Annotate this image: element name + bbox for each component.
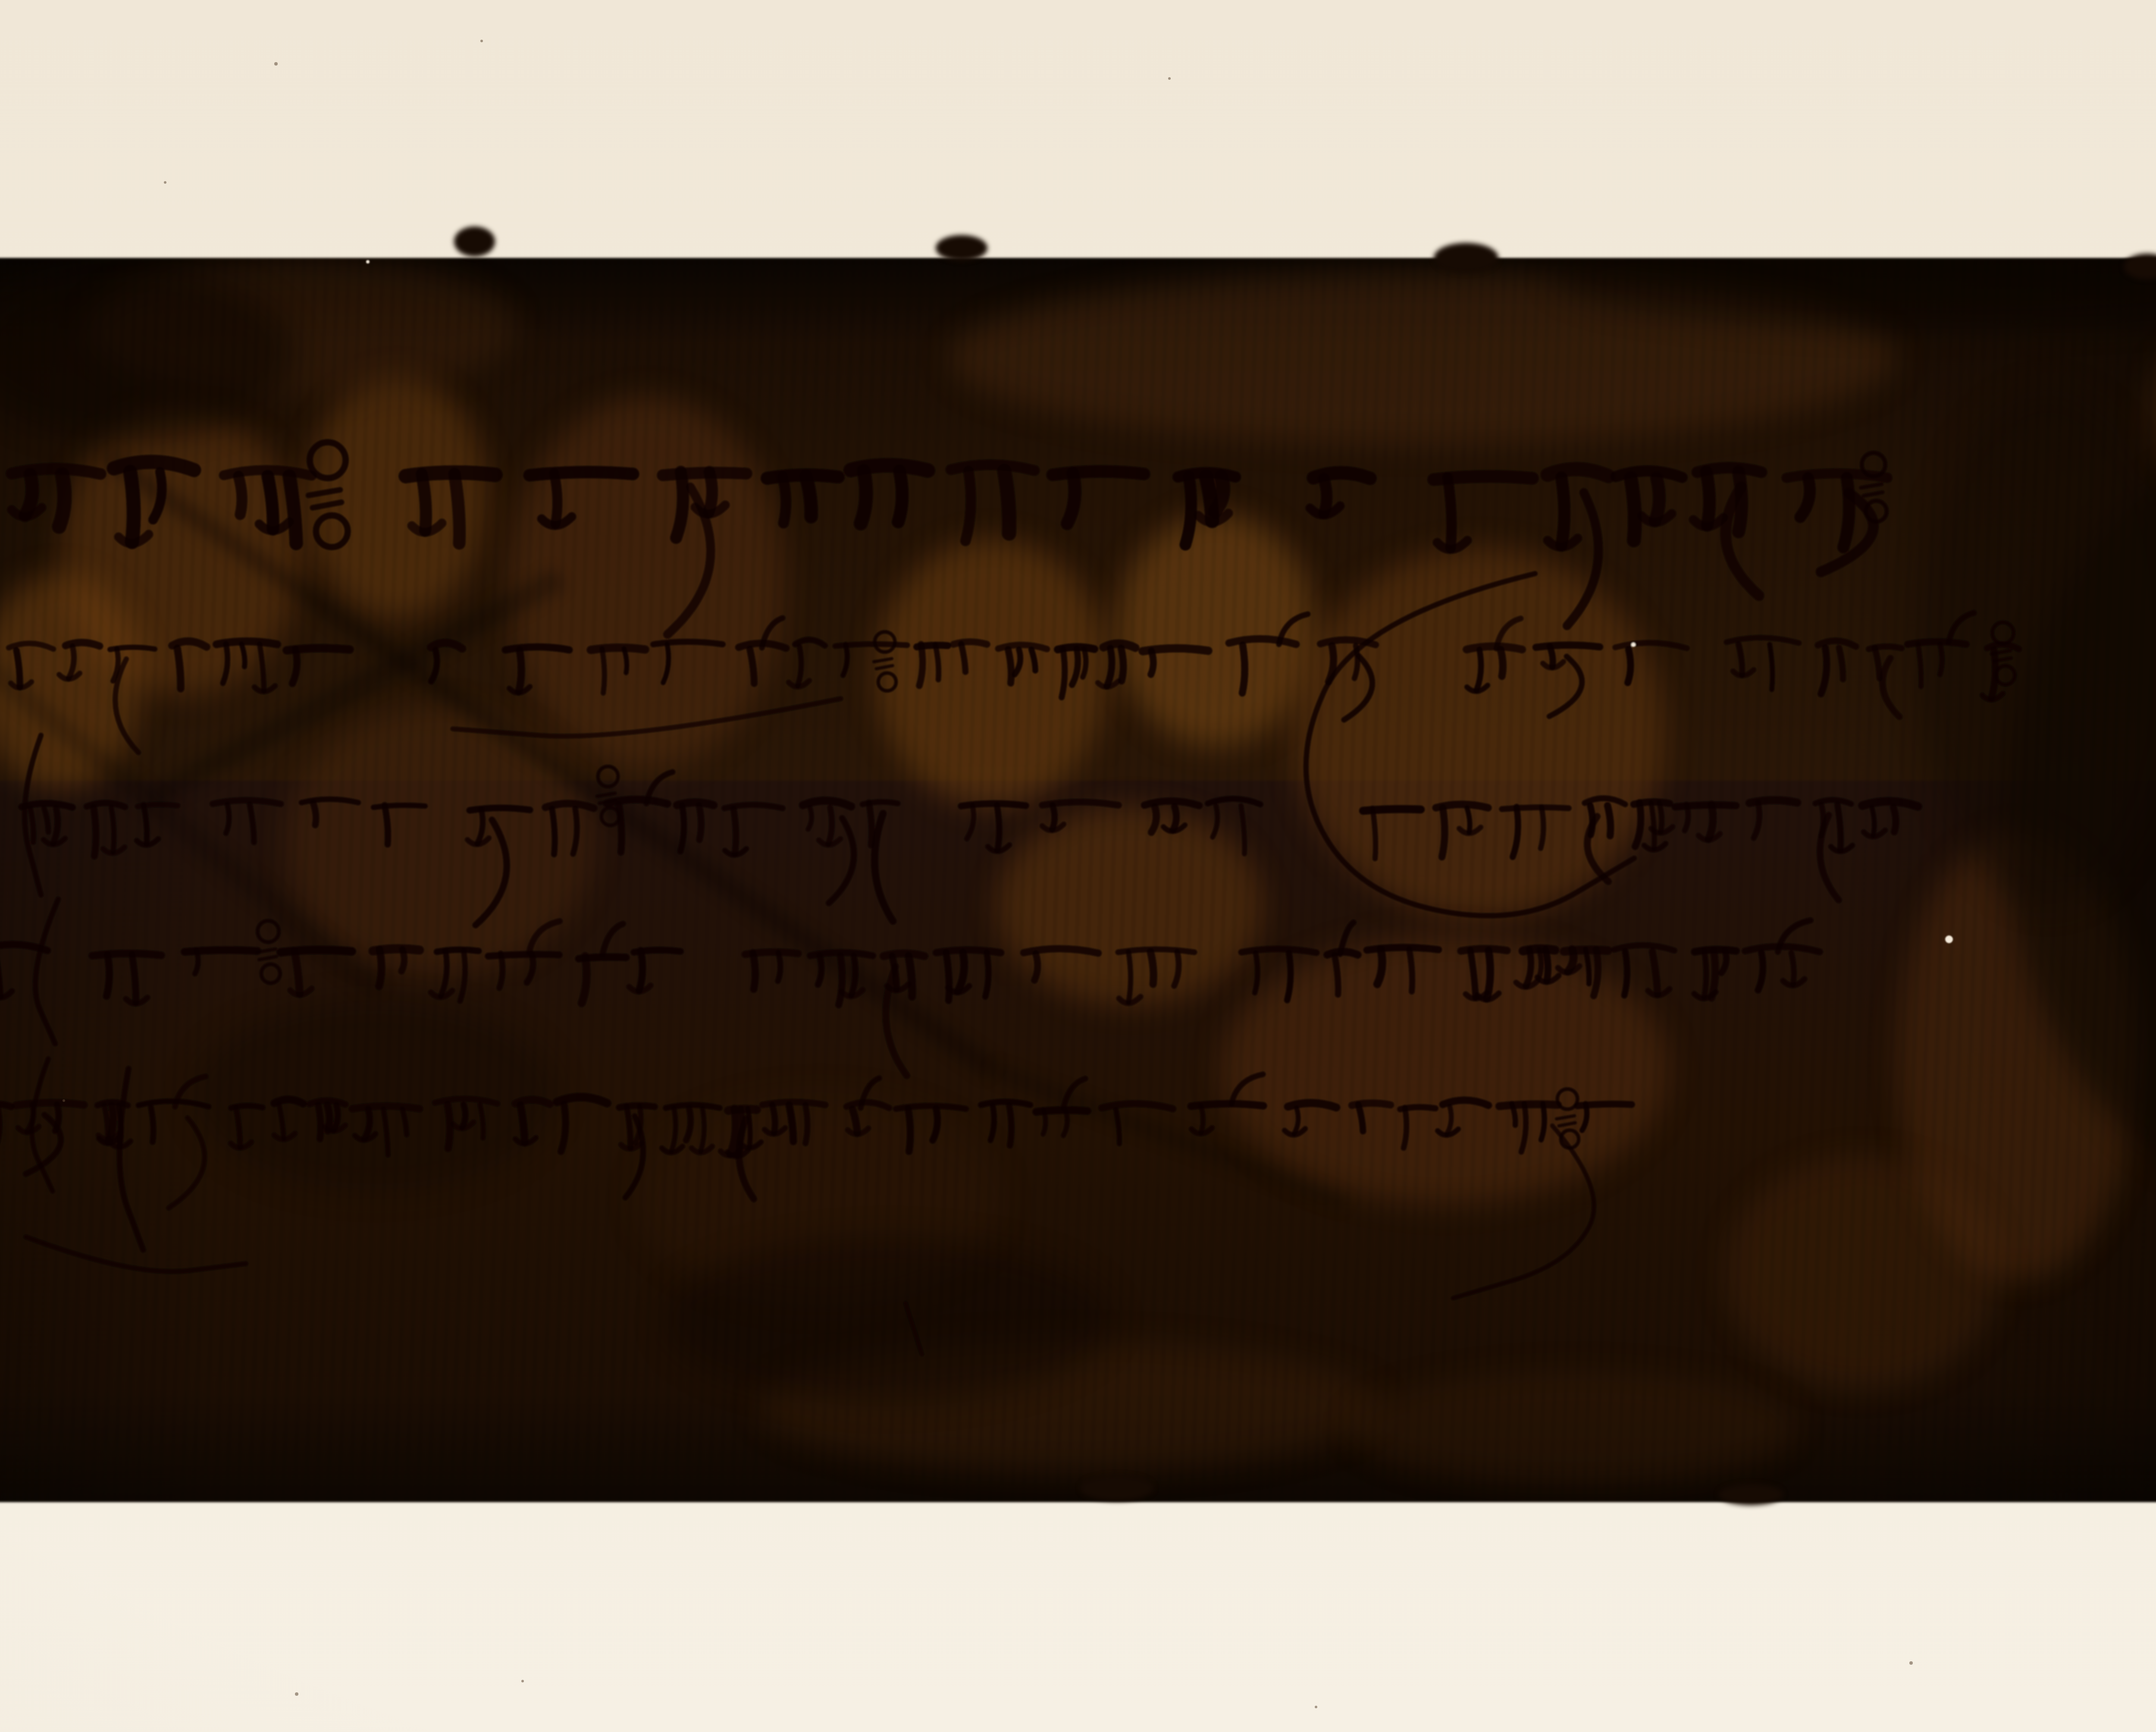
ink-stroke <box>919 644 923 686</box>
ink-stroke <box>828 807 832 844</box>
punctuation-circle-top <box>598 766 618 787</box>
ink-stroke <box>1043 1110 1046 1134</box>
punctuation-circle-bottom <box>1996 666 2015 685</box>
ink-stroke <box>667 487 711 634</box>
punctuation-circle-bottom <box>602 808 619 825</box>
ink-stroke <box>676 472 683 538</box>
ink-stroke <box>602 649 605 693</box>
ink-stroke <box>1052 805 1055 829</box>
ink-stroke <box>591 648 645 650</box>
ink-stroke <box>213 800 281 804</box>
ink-stroke <box>1631 478 1635 540</box>
ink-stroke <box>1476 649 1481 690</box>
ink-stroke <box>680 805 684 851</box>
ink-stroke <box>1521 1104 1526 1152</box>
ink-stroke <box>1229 639 1296 644</box>
ink-stroke <box>1770 644 1773 690</box>
ink-stroke <box>1704 950 1706 998</box>
ink-stroke <box>1487 950 1490 999</box>
text-line-5 <box>0 1074 1632 1208</box>
ink-stroke <box>1659 803 1662 832</box>
ink-stroke <box>1151 651 1153 675</box>
torn-edge-bump <box>1718 1484 1783 1505</box>
ink-stroke <box>1567 493 1598 626</box>
ink-stroke <box>874 813 893 921</box>
ink-stroke <box>981 1102 1030 1105</box>
ink-stroke <box>223 644 228 683</box>
ink-stroke <box>1213 806 1218 837</box>
ink-stroke <box>958 952 964 992</box>
flourish-stroke <box>119 1069 143 1250</box>
ink-stroke <box>946 952 949 1001</box>
ink-stroke <box>778 953 780 981</box>
ink-stroke <box>1173 806 1176 830</box>
ink-stroke <box>422 474 426 531</box>
ink-stroke <box>561 1104 566 1152</box>
ink-stroke <box>1837 804 1841 850</box>
ink-stroke <box>1215 477 1223 511</box>
dust-speck <box>274 62 278 66</box>
ink-stroke <box>59 474 65 527</box>
ink-stroke <box>1470 950 1476 998</box>
ink-stroke <box>448 1104 450 1148</box>
ink-stroke <box>1128 952 1131 1002</box>
ink-stroke <box>1594 949 1598 996</box>
ink-stroke <box>1587 816 1608 882</box>
ink-stroke <box>1063 1079 1085 1109</box>
ink-stroke <box>1174 952 1179 986</box>
dust-speck <box>164 181 166 184</box>
ink-stroke <box>16 650 20 687</box>
ink-stroke <box>527 954 533 982</box>
ink-stroke <box>1949 613 1974 643</box>
ink-stroke <box>352 1106 420 1109</box>
ink-stroke <box>1550 646 1553 667</box>
ink-stroke <box>997 805 999 850</box>
ink-stroke <box>313 502 342 508</box>
ink-stroke <box>1467 808 1470 832</box>
ink-stroke <box>107 954 110 996</box>
ink-stroke <box>967 805 974 839</box>
ink-stroke <box>0 1104 11 1107</box>
ink-stroke <box>708 472 712 513</box>
ink-stroke <box>1287 953 1291 1000</box>
dust-speck <box>1909 1661 1913 1665</box>
punctuation-mark <box>1991 622 2015 684</box>
ink-stroke <box>839 956 842 1005</box>
ink-stroke <box>1557 1116 1574 1119</box>
ink-stroke <box>1651 803 1655 849</box>
ink-stroke <box>639 951 642 991</box>
ink-stroke <box>1116 1110 1119 1144</box>
ink-stroke <box>808 807 812 829</box>
text-line-3 <box>22 772 1918 925</box>
ink-stroke <box>519 650 521 692</box>
ink-stroke <box>933 1108 937 1140</box>
ink-stroke <box>1758 953 1763 990</box>
ink-stroke <box>1404 1108 1407 1148</box>
ink-stroke <box>241 644 245 667</box>
dust-speck <box>295 1692 298 1696</box>
ink-stroke <box>1324 479 1327 514</box>
ink-stroke <box>582 956 587 1003</box>
ink-stroke <box>1335 955 1338 995</box>
ink-stroke <box>1072 649 1078 685</box>
ink-stroke <box>402 1109 407 1135</box>
flourish-stroke <box>26 1237 246 1271</box>
ink-stroke <box>30 808 34 842</box>
flourish-stroke <box>906 1303 922 1354</box>
ink-stroke <box>1754 802 1759 838</box>
ink-stroke <box>1526 949 1531 986</box>
punctuation-circle-top <box>257 921 279 942</box>
ink-stroke <box>1083 649 1086 677</box>
ink-stroke <box>289 476 296 543</box>
pinhole-light <box>366 260 370 264</box>
ink-stroke <box>1409 949 1412 992</box>
ink-stroke <box>292 649 297 684</box>
ink-stroke <box>1513 807 1518 857</box>
ink-stroke <box>554 473 558 524</box>
ink-stroke <box>1872 807 1874 836</box>
ink-stroke <box>226 804 229 833</box>
ink-stroke <box>1635 803 1641 847</box>
ink-stroke <box>1864 492 1883 496</box>
ink-stroke <box>861 471 866 524</box>
ink-stroke <box>132 954 136 1003</box>
ink-stroke <box>1201 1105 1203 1133</box>
ink-stroke <box>1586 949 1589 984</box>
ink-stroke <box>990 1105 994 1140</box>
ink-stroke <box>789 1105 793 1142</box>
ink-stroke <box>1008 649 1011 683</box>
ink-stroke <box>663 644 668 683</box>
ink-stroke <box>602 924 623 955</box>
ink-stroke <box>1628 649 1631 683</box>
ink-stroke <box>1821 648 1827 694</box>
ink-stroke <box>1608 806 1611 836</box>
ink-stroke <box>1241 949 1316 953</box>
ink-stroke <box>529 921 560 953</box>
text-line-1 <box>12 462 1887 634</box>
ink-stroke <box>783 476 786 523</box>
ink-stroke <box>753 953 755 989</box>
ink-stroke <box>1559 1123 1575 1126</box>
punctuation-circle-top <box>310 442 345 478</box>
ink-stroke <box>279 1104 284 1139</box>
ink-stroke <box>1512 1104 1515 1125</box>
ink-stroke <box>144 805 147 844</box>
ink-stroke <box>1561 477 1564 546</box>
ink-stroke <box>1721 950 1727 973</box>
ink-stroke <box>750 649 754 684</box>
ink-stroke <box>1706 472 1710 525</box>
ink-stroke <box>898 471 902 522</box>
ink-stroke <box>1861 484 1882 487</box>
ink-stroke <box>876 665 893 668</box>
torn-edge-bump <box>1080 1475 1153 1501</box>
ink-stroke <box>1839 648 1843 679</box>
ink-stroke <box>1150 952 1153 984</box>
ink-stroke <box>1004 471 1009 533</box>
ink-stroke <box>236 1107 240 1147</box>
ink-stroke <box>169 1118 205 1208</box>
punctuation-circle-bottom <box>316 515 348 547</box>
ink-stroke <box>0 952 0 997</box>
ink-stroke <box>1241 806 1244 854</box>
ink-stroke <box>1185 477 1191 545</box>
ink-stroke <box>1255 953 1258 993</box>
ink-stroke <box>151 1108 154 1142</box>
ink-stroke <box>1015 649 1020 675</box>
punctuation-mark <box>1557 1089 1579 1148</box>
flourish-stroke <box>453 699 841 736</box>
ink-stroke <box>94 807 96 856</box>
ink-stroke <box>130 472 134 542</box>
ink-stroke <box>772 1105 775 1133</box>
ink-stroke <box>699 805 701 840</box>
ink-stroke <box>401 949 404 971</box>
ink-stroke <box>530 472 633 475</box>
manuscript-ink <box>0 0 2156 1732</box>
ink-stroke <box>1121 648 1123 681</box>
torn-edge-bump <box>454 226 495 257</box>
ink-stroke <box>874 659 892 662</box>
ink-stroke <box>1242 645 1245 693</box>
ink-stroke <box>909 956 912 997</box>
ink-stroke <box>671 1108 676 1152</box>
ink-stroke <box>260 644 264 691</box>
ink-stroke <box>1062 649 1065 697</box>
punctuation-circle-bottom <box>261 964 280 983</box>
ink-stroke <box>69 646 74 678</box>
ink-stroke <box>195 950 198 974</box>
ink-stroke <box>1545 949 1548 981</box>
ink-stroke <box>1685 804 1688 831</box>
ink-stroke <box>44 808 48 832</box>
ink-stroke <box>480 1104 483 1138</box>
ink-stroke <box>805 1105 808 1143</box>
ink-stroke <box>499 954 502 988</box>
ink-stroke <box>111 807 114 852</box>
ink-stroke <box>748 1108 750 1147</box>
ink-stroke <box>1940 644 1942 675</box>
ink-stroke <box>1294 1108 1298 1134</box>
ink-stroke <box>462 1104 465 1127</box>
ink-stroke <box>1053 471 1144 475</box>
ink-stroke <box>25 474 32 515</box>
ink-stroke <box>851 956 856 995</box>
ink-stroke <box>520 1105 525 1143</box>
ink-stroke <box>1875 648 1880 678</box>
punctuation-circle-bottom <box>878 673 896 691</box>
ink-stroke <box>1377 949 1382 984</box>
ink-stroke <box>1232 1074 1263 1104</box>
ink-stroke <box>1448 477 1451 548</box>
ink-stroke <box>818 956 821 985</box>
ink-stroke <box>1918 644 1921 687</box>
ink-stroke <box>1739 472 1742 532</box>
ink-stroke <box>1739 644 1742 675</box>
ink-stroke <box>627 1106 630 1148</box>
ink-stroke <box>1883 658 1899 717</box>
ink-stroke <box>1442 808 1445 857</box>
dust-speck <box>521 1680 524 1682</box>
dust-speck <box>1315 1706 1317 1708</box>
ink-stroke <box>1107 648 1112 686</box>
ink-stroke <box>1791 953 1794 985</box>
ink-stroke <box>985 952 988 997</box>
ink-stroke <box>686 1108 691 1140</box>
text-line-2 <box>9 613 2019 753</box>
ink-stroke <box>843 644 847 675</box>
ink-stroke <box>379 949 382 986</box>
ink-stroke <box>653 642 723 644</box>
ink-stroke <box>334 1105 338 1130</box>
ink-stroke <box>383 1109 388 1155</box>
ink-stroke <box>1652 951 1658 995</box>
dust-speck <box>480 40 483 42</box>
ink-stroke <box>908 1108 910 1152</box>
punctuation-circle-top <box>1557 1089 1578 1109</box>
ink-stroke <box>730 1108 736 1155</box>
ink-stroke <box>1499 1104 1558 1106</box>
ink-stroke <box>1102 1104 1173 1109</box>
punctuation-mark <box>308 442 348 547</box>
ink-stroke <box>1502 807 1569 809</box>
ink-stroke <box>385 805 388 844</box>
ink-stroke <box>1034 954 1037 980</box>
ink-stroke <box>313 803 316 825</box>
ink-stroke <box>454 474 460 543</box>
photograph <box>0 0 2156 1732</box>
ink-stroke <box>259 957 276 960</box>
ink-stroke <box>1447 1106 1451 1134</box>
ink-stroke <box>318 1105 321 1139</box>
dust-speck <box>1168 77 1171 80</box>
ink-stroke <box>177 648 181 689</box>
punctuation-mark <box>874 632 896 691</box>
ink-stroke <box>733 809 736 854</box>
torn-edge-bump <box>936 235 987 261</box>
ink-stroke <box>53 808 58 844</box>
ink-stroke <box>1800 478 1810 517</box>
ink-stroke <box>597 793 615 796</box>
ink-stroke <box>1541 807 1544 848</box>
ink-stroke <box>1501 649 1503 676</box>
text-line-4 <box>0 920 1820 1076</box>
ink-stroke <box>1373 808 1376 859</box>
ink-stroke <box>373 805 425 807</box>
ink-stroke <box>431 650 437 681</box>
ink-stroke <box>1624 951 1627 995</box>
ink-stroke <box>1541 1104 1545 1140</box>
ink-stroke <box>295 951 300 994</box>
pinhole-light <box>1631 643 1636 647</box>
ink-stroke <box>573 809 577 854</box>
dust-speck <box>63 1099 65 1102</box>
punctuation-circle-top <box>1992 622 2013 643</box>
ink-stroke <box>1151 806 1156 832</box>
ink-stroke <box>460 950 465 1001</box>
ink-stroke <box>869 803 872 845</box>
ink-stroke <box>505 647 569 650</box>
ink-stroke <box>1067 473 1075 524</box>
pinhole-light <box>1945 935 1953 943</box>
ink-stroke <box>798 646 801 686</box>
ink-stroke <box>806 476 811 517</box>
ink-stroke <box>477 809 483 844</box>
ink-stroke <box>951 464 1034 471</box>
ink-stroke <box>268 476 273 529</box>
ink-stroke <box>250 804 254 842</box>
ink-stroke <box>153 472 162 520</box>
ink-stroke <box>1708 804 1713 839</box>
ink-stroke <box>965 471 971 541</box>
ink-stroke <box>364 1109 370 1139</box>
ink-stroke <box>552 809 555 854</box>
ink-stroke <box>238 476 242 515</box>
flourish-stroke <box>1306 574 1634 916</box>
ink-stroke <box>104 1105 108 1139</box>
ink-stroke <box>624 649 627 673</box>
ink-stroke <box>1539 949 1541 976</box>
ink-stroke <box>308 490 340 496</box>
punctuation-mark <box>597 766 619 825</box>
ink-stroke <box>701 1108 704 1152</box>
ink-stroke <box>935 644 939 680</box>
ink-stroke <box>961 644 965 672</box>
torn-edge-bump <box>1434 243 1498 273</box>
ink-stroke <box>1893 807 1896 832</box>
ink-stroke <box>16 1103 84 1105</box>
ink-stroke <box>1711 950 1715 998</box>
ink-stroke <box>1745 946 1820 952</box>
ink-stroke <box>1009 1105 1012 1145</box>
ink-stroke <box>1536 645 1600 647</box>
ink-stroke <box>1655 478 1659 521</box>
ink-stroke <box>115 659 138 753</box>
ink-stroke <box>441 950 447 996</box>
ink-stroke <box>852 1109 857 1133</box>
ink-stroke <box>1820 815 1839 900</box>
ink-stroke <box>92 954 161 956</box>
ink-stroke <box>1031 649 1035 671</box>
ink-stroke <box>1358 1104 1363 1131</box>
flourish-stroke <box>35 899 58 1044</box>
